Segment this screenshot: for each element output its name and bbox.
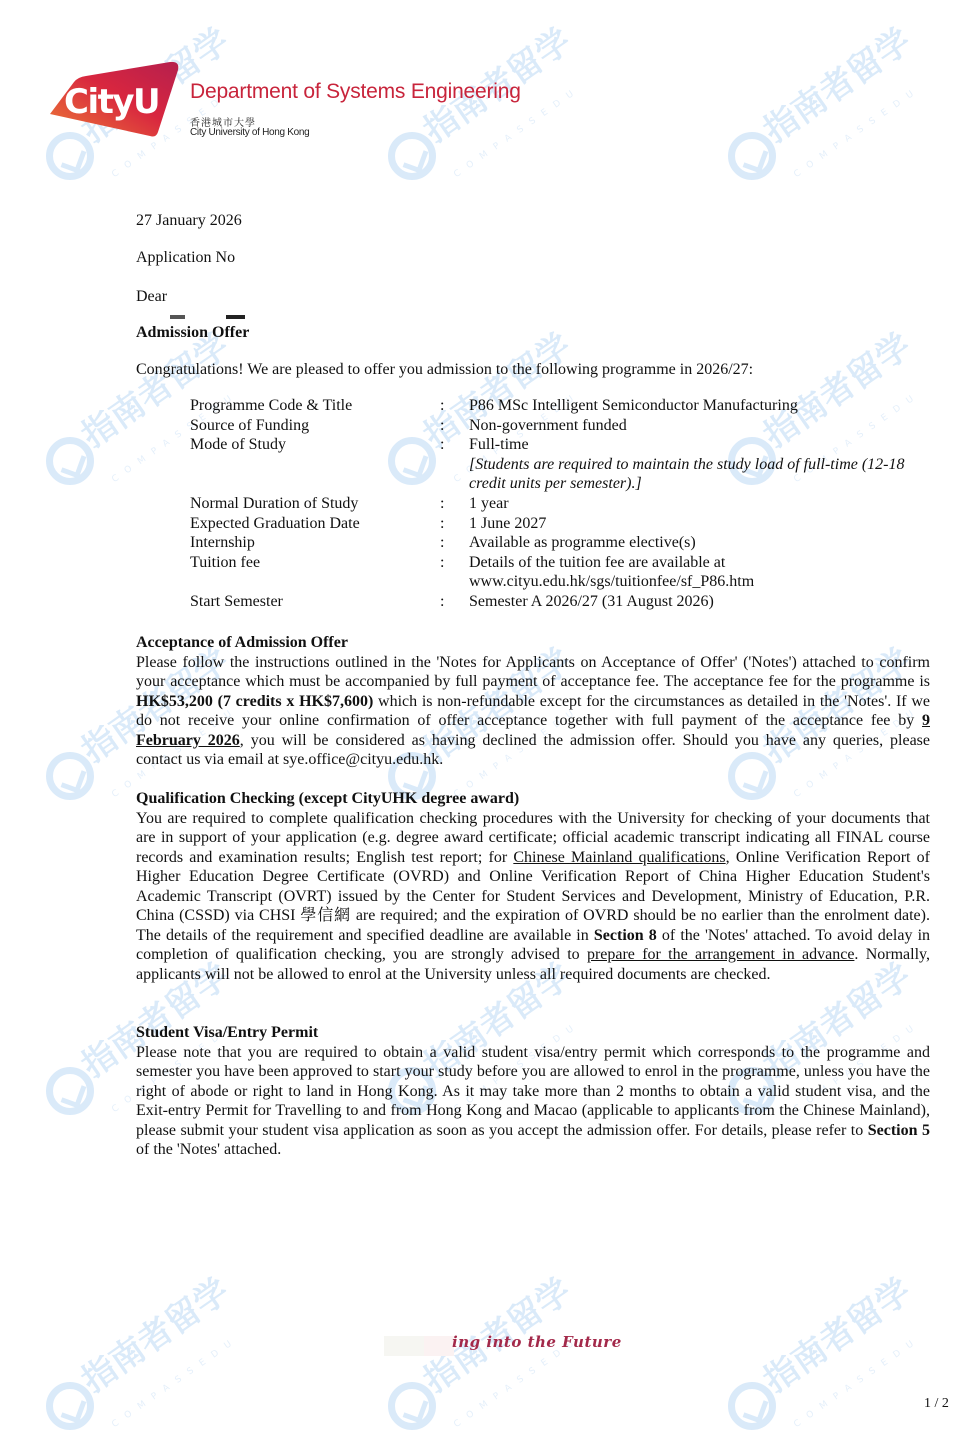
footer-slogan: ing into the Future <box>452 1333 622 1351</box>
watermark: 指南者留学COMPASSEDU <box>388 30 608 180</box>
prepare-in-advance-link[interactable]: prepare for the arrangement in advance <box>587 946 854 963</box>
detail-row-mode: Mode of Study : Full-time <box>190 436 940 456</box>
university-name-english: City University of Hong Kong <box>190 127 309 138</box>
salutation: Dear <box>136 288 167 306</box>
detail-row-internship: Internship : Available as programme elec… <box>190 534 940 554</box>
tuition-fee-url[interactable]: www.cityu.edu.hk/sgs/tuitionfee/sf_P86.h… <box>469 573 754 591</box>
detail-row-tuition: Tuition fee : Details of the tuition fee… <box>190 554 940 574</box>
section-heading: Student Visa/Entry Permit <box>136 1023 930 1043</box>
qualification-section: Qualification Checking (except CityUHK d… <box>136 789 930 984</box>
visa-section: Student Visa/Entry Permit Please note th… <box>136 1023 930 1160</box>
watermark: 指南者留学COMPASSEDU <box>728 1280 948 1430</box>
study-load-note: credit units per semester).] <box>469 475 642 493</box>
section-body: Please follow the instructions outlined … <box>136 653 930 770</box>
cityu-logo: CityU <box>46 58 186 148</box>
acceptance-fee: HK$53,200 (7 credits x HK$7,600) <box>136 693 373 710</box>
detail-row-programme: Programme Code & Title : P86 MSc Intelli… <box>190 397 940 417</box>
application-number-label: Application No <box>136 249 235 267</box>
detail-row-duration: Normal Duration of Study : 1 year <box>190 495 940 515</box>
department-name: Department of Systems Engineering <box>190 80 521 104</box>
chinese-mainland-qualifications-link[interactable]: Chinese Mainland qualifications <box>513 849 725 866</box>
section-heading: Acceptance of Admission Offer <box>136 633 930 653</box>
page-indicator: 1 / 2 <box>924 1396 949 1412</box>
detail-row-graduation: Expected Graduation Date : 1 June 2027 <box>190 515 940 535</box>
redaction-mark <box>226 315 245 319</box>
logo-text: CityU <box>64 82 159 122</box>
watermark: 指南者留学COMPASSEDU <box>728 30 948 180</box>
section-heading: Qualification Checking (except CityUHK d… <box>136 789 930 809</box>
detail-row-start-semester: Start Semester : Semester A 2026/27 (31 … <box>190 593 940 613</box>
detail-row-funding: Source of Funding : Non-government funde… <box>190 417 940 437</box>
section-body: You are required to complete qualificati… <box>136 809 930 985</box>
letter-title: Admission Offer <box>136 324 249 342</box>
section-body: Please note that you are required to obt… <box>136 1043 930 1160</box>
letter-date: 27 January 2026 <box>136 212 242 230</box>
study-load-note: [Students are required to maintain the s… <box>469 456 905 474</box>
intro-text: Congratulations! We are pleased to offer… <box>136 361 753 379</box>
redaction-mark <box>170 315 185 319</box>
watermark: 指南者留学COMPASSEDU <box>46 1280 266 1430</box>
footer-slogan-banner: ing into the Future <box>384 1333 614 1357</box>
acceptance-section: Acceptance of Admission Offer Please fol… <box>136 633 930 770</box>
programme-details: Programme Code & Title : P86 MSc Intelli… <box>190 397 940 612</box>
